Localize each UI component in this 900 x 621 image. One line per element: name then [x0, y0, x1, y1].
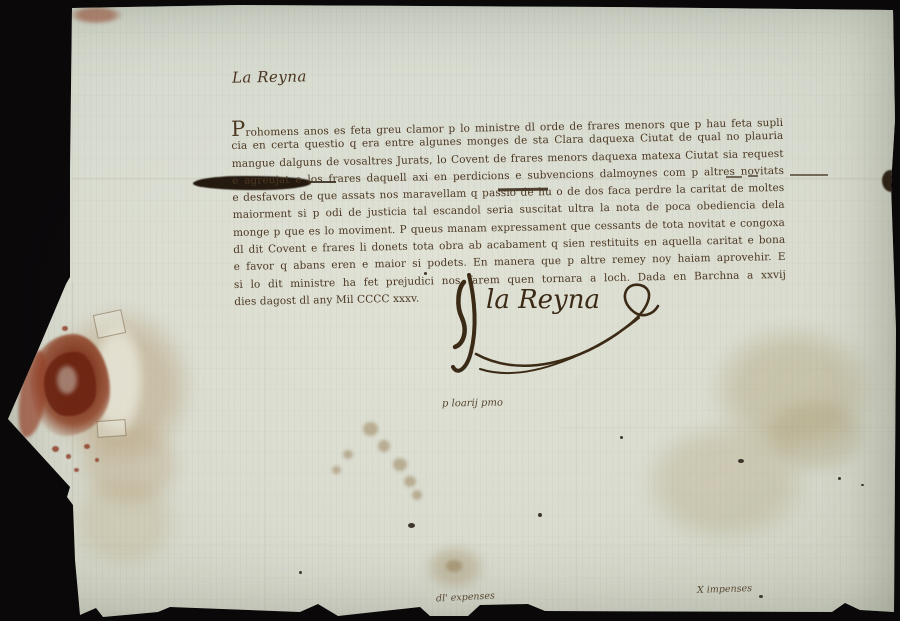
paper-edge-vignette [0, 0, 900, 621]
manuscript-paper: La Reyna Prohomens anos es feta greu cla… [0, 0, 900, 621]
photo-background: La Reyna Prohomens anos es feta greu cla… [0, 0, 900, 621]
